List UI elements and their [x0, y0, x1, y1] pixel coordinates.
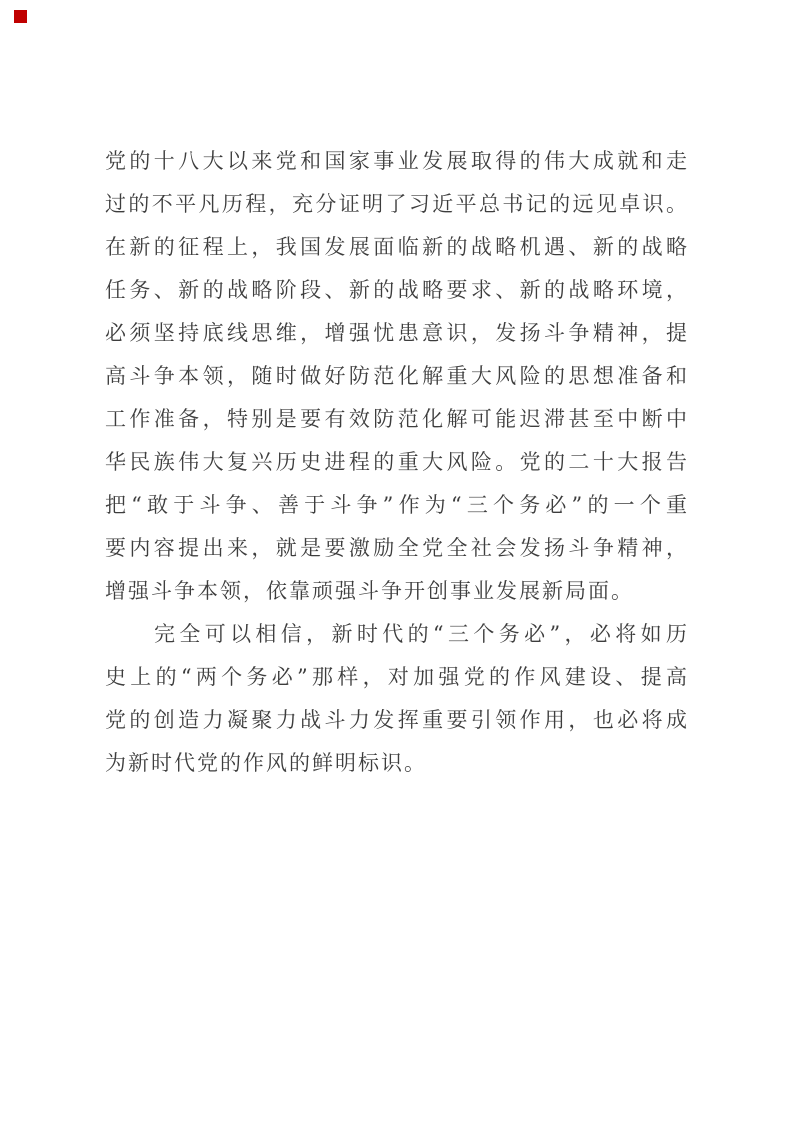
text-line: 为新时代党的作风的鲜明标识。 — [105, 742, 689, 785]
text-line: 增强斗争本领，依靠顽强斗争开创事业发展新局面。 — [105, 570, 689, 613]
document-page: 党的十八大以来党和国家事业发展取得的伟大成就和走 过的不平凡历程，充分证明了习近… — [0, 0, 793, 1122]
text-line: 史上的“两个务必”那样，对加强党的作风建设、提高 — [105, 656, 689, 699]
text-line: 要内容提出来，就是要激励全党全社会发扬斗争精神， — [105, 527, 689, 570]
text-line: 把“敢于斗争、善于斗争”作为“三个务必”的一个重 — [105, 484, 689, 527]
red-corner-marker — [14, 10, 27, 23]
text-line: 过的不平凡历程，充分证明了习近平总书记的远见卓识。 — [105, 183, 689, 226]
text-line: 必须坚持底线思维，增强忧患意识，发扬斗争精神，提 — [105, 312, 689, 355]
text-line: 华民族伟大复兴历史进程的重大风险。党的二十大报告 — [105, 441, 689, 484]
body-text: 党的十八大以来党和国家事业发展取得的伟大成就和走 过的不平凡历程，充分证明了习近… — [105, 140, 689, 785]
text-line: 任务、新的战略阶段、新的战略要求、新的战略环境， — [105, 269, 689, 312]
text-line: 高斗争本领，随时做好防范化解重大风险的思想准备和 — [105, 355, 689, 398]
text-line: 党的十八大以来党和国家事业发展取得的伟大成就和走 — [105, 140, 689, 183]
text-line: 党的创造力凝聚力战斗力发挥重要引领作用，也必将成 — [105, 699, 689, 742]
text-line: 完全可以相信，新时代的“三个务必”，必将如历 — [105, 613, 689, 656]
text-line: 工作准备，特别是要有效防范化解可能迟滞甚至中断中 — [105, 398, 689, 441]
text-line: 在新的征程上，我国发展面临新的战略机遇、新的战略 — [105, 226, 689, 269]
